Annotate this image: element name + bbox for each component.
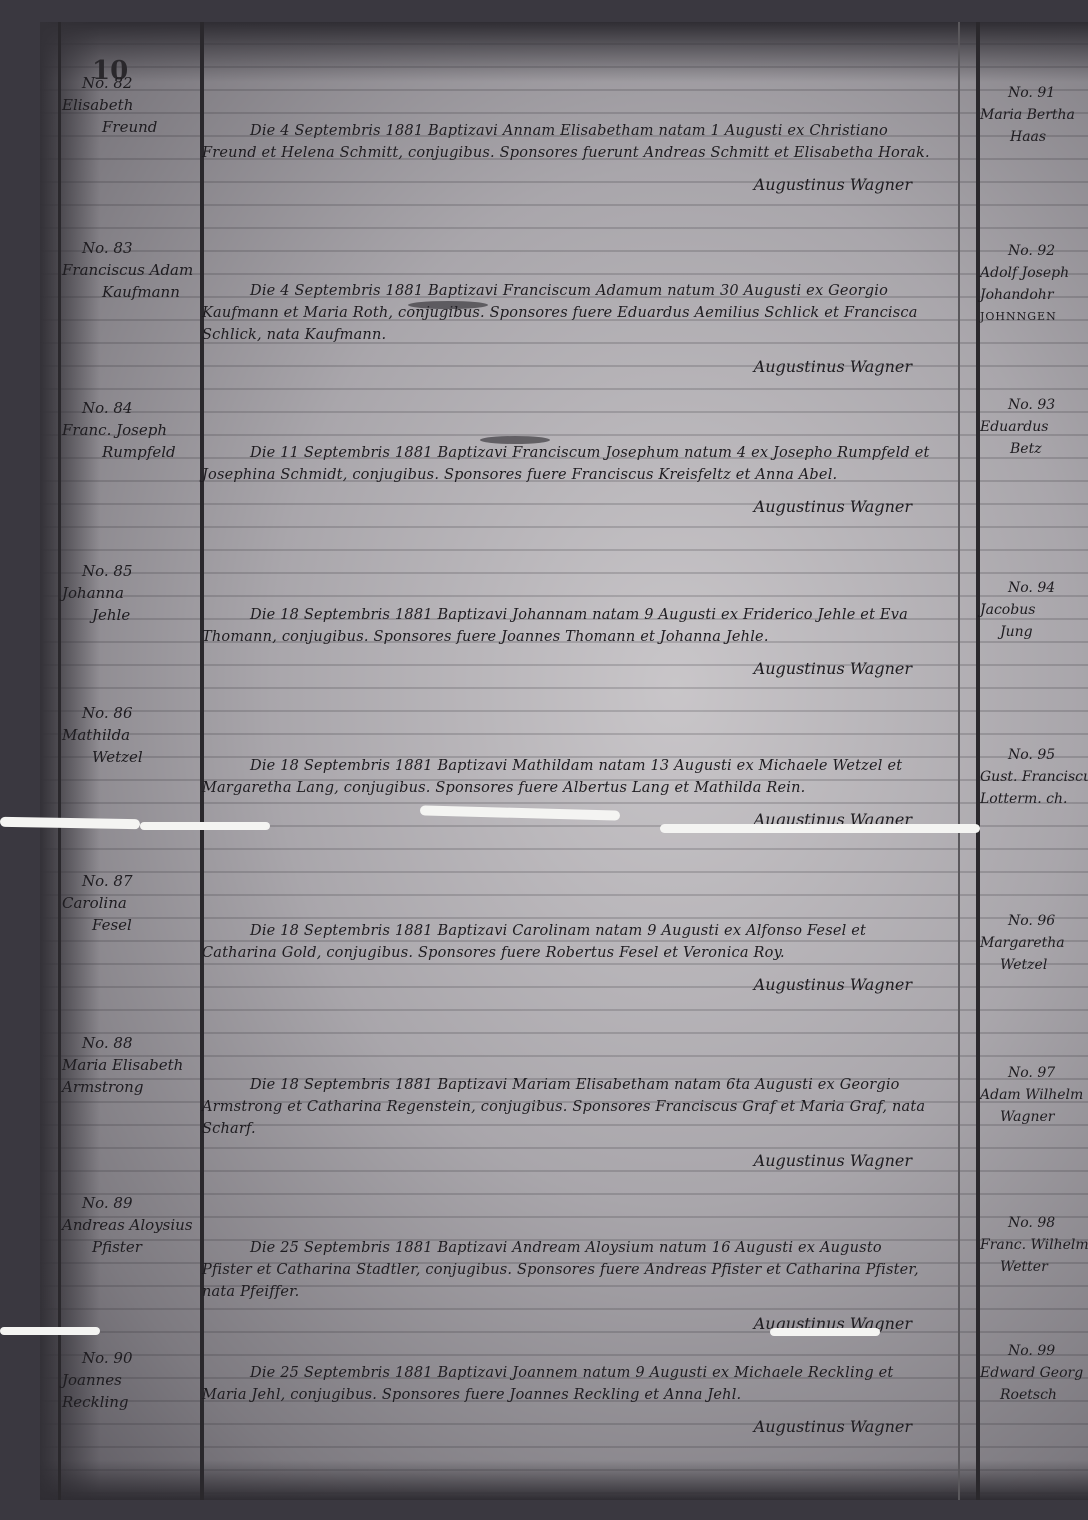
margin-rule-outer <box>58 22 61 1500</box>
entry-number: No. 94 <box>980 577 1088 599</box>
baptism-record-88: Die 18 Septembris 1881 Baptizavi Mariam … <box>202 1074 932 1172</box>
paper-tear <box>0 1327 100 1335</box>
entry-number: No. 89 <box>62 1192 200 1214</box>
entry-given-name: Edward Georg <box>980 1362 1088 1384</box>
record-text: Die 18 Septembris 1881 Baptizavi Mathild… <box>202 755 932 799</box>
entry-surname: Jung <box>980 621 1088 643</box>
entry-number: No. 88 <box>62 1032 200 1054</box>
entry-surname: Wetzel <box>62 746 200 768</box>
entry-number: No. 86 <box>62 702 200 724</box>
record-text: Die 11 Septembris 1881 Baptizavi Francis… <box>202 442 932 486</box>
entry-surname: Jehle <box>62 604 200 626</box>
margin-entry-89: No. 89 Andreas Aloysius Pfister <box>62 1192 200 1258</box>
record-text: Die 25 Septembris 1881 Baptizavi Andream… <box>202 1237 932 1303</box>
baptism-record-82: Die 4 Septembris 1881 Baptizavi Annam El… <box>202 120 932 196</box>
entry-given-name: Johanna <box>62 582 200 604</box>
right-entry-91: No. 91 Maria Bertha Haas <box>980 82 1088 148</box>
entry-surname: Roetsch <box>980 1384 1088 1406</box>
entry-given-name: Mathilda <box>62 724 200 746</box>
entry-given-name: Eduardus <box>980 416 1088 438</box>
entry-number: No. 85 <box>62 560 200 582</box>
baptism-record-90: Die 25 Septembris 1881 Baptizavi Joannem… <box>202 1362 932 1438</box>
entry-surname: Kaufmann <box>62 281 200 303</box>
priest-signature: Augustinus Wagner <box>202 658 932 680</box>
priest-signature: Augustinus Wagner <box>202 496 932 518</box>
record-text: Die 18 Septembris 1881 Baptizavi Mariam … <box>202 1074 932 1140</box>
priest-signature: Augustinus Wagner <box>202 1150 932 1172</box>
entry-surname: Lotterm. ch. <box>980 788 1088 810</box>
baptism-record-86: Die 18 Septembris 1881 Baptizavi Mathild… <box>202 755 932 831</box>
entry-surname: Wetzel <box>980 954 1088 976</box>
entry-given-name: Maria Elisabeth <box>62 1054 200 1076</box>
priest-signature: Augustinus Wagner <box>202 1416 932 1438</box>
entry-surname: Freund <box>62 116 200 138</box>
entry-number: No. 84 <box>62 397 200 419</box>
paper-tear <box>660 824 980 833</box>
entry-number: No. 83 <box>62 237 200 259</box>
entry-given-name: Franc. Wilhelm <box>980 1234 1088 1256</box>
entry-given-name: Andreas Aloysius <box>62 1214 200 1236</box>
entry-given-name: Margaretha <box>980 932 1088 954</box>
entry-surname: Pfister <box>62 1236 200 1258</box>
entry-given-name: Gust. Franciscus <box>980 766 1088 788</box>
margin-entry-82: No. 82 Elisabeth Freund <box>62 72 200 138</box>
entry-number: No. 93 <box>980 394 1088 416</box>
baptism-record-85: Die 18 Septembris 1881 Baptizavi Johanna… <box>202 604 932 680</box>
entry-given-name: Carolina <box>62 892 200 914</box>
right-entry-97: No. 97 Adam Wilhelm Wagner <box>980 1062 1088 1128</box>
entry-surname: Johandohr <box>980 284 1088 306</box>
baptism-record-87: Die 18 Septembris 1881 Baptizavi Carolin… <box>202 920 932 996</box>
entry-surname: Fesel <box>62 914 200 936</box>
ink-smudge <box>408 301 488 309</box>
ink-smudge <box>480 436 550 444</box>
entry-number: No. 90 <box>62 1347 200 1369</box>
paper-tear <box>0 817 140 829</box>
record-text: Die 25 Septembris 1881 Baptizavi Joannem… <box>202 1362 932 1406</box>
register-page: 10 No. 82 Elisabeth Freund No. 83 Franci… <box>40 22 1088 1500</box>
entry-surname: Betz <box>980 438 1088 460</box>
right-entry-96: No. 96 Margaretha Wetzel <box>980 910 1088 976</box>
margin-entry-85: No. 85 Johanna Jehle <box>62 560 200 626</box>
paper-tear <box>140 822 270 830</box>
entry-annotation: JOHNNGEN <box>980 306 1088 328</box>
entry-number: No. 99 <box>980 1340 1088 1362</box>
record-text: Die 18 Septembris 1881 Baptizavi Carolin… <box>202 920 932 964</box>
column-rule-right <box>958 22 960 1500</box>
entry-given-name: Adam Wilhelm <box>980 1084 1088 1106</box>
entry-number: No. 92 <box>980 240 1088 262</box>
priest-signature: Augustinus Wagner <box>202 974 932 996</box>
record-text: Die 4 Septembris 1881 Baptizavi Annam El… <box>202 120 932 164</box>
record-text: Die 4 Septembris 1881 Baptizavi Francisc… <box>202 280 932 346</box>
margin-entry-83: No. 83 Franciscus Adam Kaufmann <box>62 237 200 303</box>
margin-entry-87: No. 87 Carolina Fesel <box>62 870 200 936</box>
entry-given-name: Adolf Joseph <box>980 262 1088 284</box>
entry-surname: Rumpfeld <box>62 441 200 463</box>
right-entry-92: No. 92 Adolf Joseph Johandohr JOHNNGEN <box>980 240 1088 328</box>
entry-number: No. 96 <box>980 910 1088 932</box>
scan-shadow-bottom <box>40 1460 1088 1500</box>
entry-surname: Wagner <box>980 1106 1088 1128</box>
entry-surname: Wetter <box>980 1256 1088 1278</box>
baptism-record-84: Die 11 Septembris 1881 Baptizavi Francis… <box>202 442 932 518</box>
priest-signature: Augustinus Wagner <box>202 174 932 196</box>
margin-entry-90: No. 90 Joannes Reckling <box>62 1347 200 1413</box>
paper-tear <box>770 1328 880 1336</box>
margin-entry-84: No. 84 Franc. Joseph Rumpfeld <box>62 397 200 463</box>
entry-number: No. 95 <box>980 744 1088 766</box>
entry-surname: Armstrong <box>62 1076 200 1098</box>
record-text: Die 18 Septembris 1881 Baptizavi Johanna… <box>202 604 932 648</box>
right-entry-95: No. 95 Gust. Franciscus Lotterm. ch. <box>980 744 1088 810</box>
baptism-record-89: Die 25 Septembris 1881 Baptizavi Andream… <box>202 1237 932 1335</box>
entry-number: No. 82 <box>62 72 200 94</box>
baptism-record-83: Die 4 Septembris 1881 Baptizavi Francisc… <box>202 280 932 378</box>
entry-number: No. 91 <box>980 82 1088 104</box>
right-entry-93: No. 93 Eduardus Betz <box>980 394 1088 460</box>
entry-given-name: Jacobus <box>980 599 1088 621</box>
margin-entry-86: No. 86 Mathilda Wetzel <box>62 702 200 768</box>
entry-surname: Haas <box>980 126 1088 148</box>
entry-number: No. 87 <box>62 870 200 892</box>
right-entry-98: No. 98 Franc. Wilhelm Wetter <box>980 1212 1088 1278</box>
entry-given-name: Maria Bertha <box>980 104 1088 126</box>
entry-given-name: Joannes <box>62 1369 200 1391</box>
right-entry-99: No. 99 Edward Georg Roetsch <box>980 1340 1088 1406</box>
entry-surname: Reckling <box>62 1391 200 1413</box>
entry-number: No. 98 <box>980 1212 1088 1234</box>
priest-signature: Augustinus Wagner <box>202 356 932 378</box>
margin-entry-88: No. 88 Maria Elisabeth Armstrong <box>62 1032 200 1098</box>
right-entry-94: No. 94 Jacobus Jung <box>980 577 1088 643</box>
entry-given-name: Elisabeth <box>62 94 200 116</box>
entry-number: No. 97 <box>980 1062 1088 1084</box>
entry-given-name: Franc. Joseph <box>62 419 200 441</box>
entry-given-name: Franciscus Adam <box>62 259 200 281</box>
